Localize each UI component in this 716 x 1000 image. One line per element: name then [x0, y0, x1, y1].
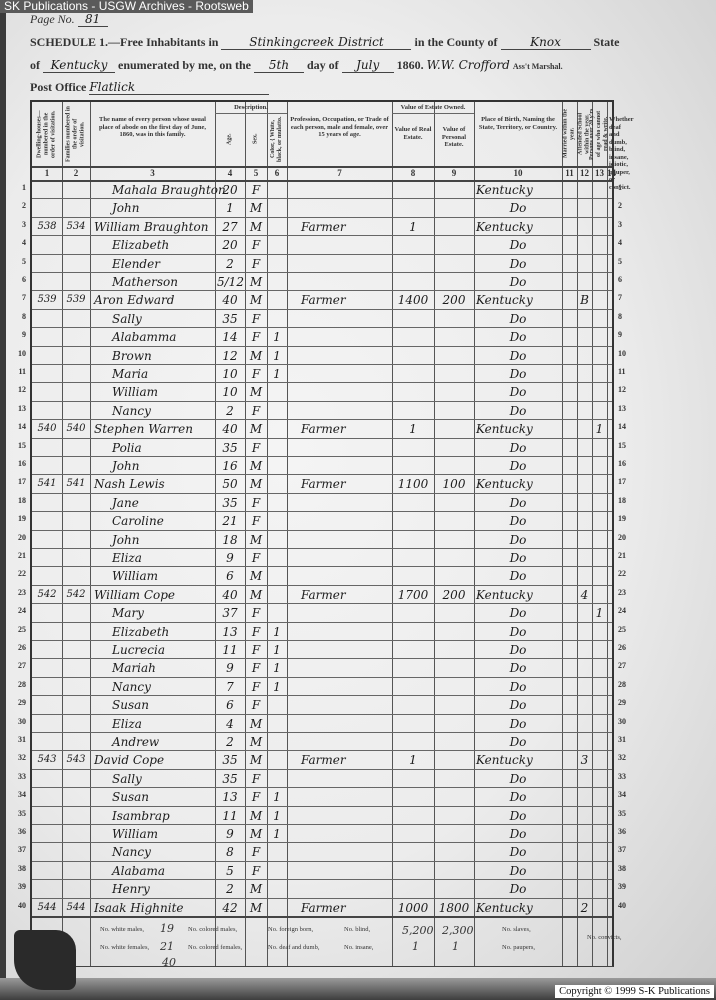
cell-birthplace: Do: [476, 385, 560, 399]
cell-age: 14: [217, 330, 243, 344]
cell-color: 1: [269, 349, 285, 363]
row-number-left: 37: [4, 845, 26, 854]
white-females-count: 21: [160, 940, 174, 953]
row-number-right: 23: [618, 588, 626, 597]
cell-sex: M: [247, 349, 265, 363]
state-label: State: [594, 35, 620, 49]
cell-birthplace: Do: [476, 643, 560, 657]
cell-age: 8: [217, 845, 243, 859]
row-rule: [32, 548, 612, 549]
row-number-left: 21: [4, 551, 26, 560]
row-number-right: 15: [618, 441, 626, 450]
cell-personal: 200: [436, 588, 472, 602]
cell-real: 1: [394, 753, 432, 767]
cell-dwelling: 538: [34, 220, 60, 234]
cell-birthplace: Do: [476, 514, 560, 528]
row-number-right: 29: [618, 698, 626, 707]
cell-name: Stephen Warren: [92, 422, 215, 436]
cell-family: 544: [64, 901, 88, 915]
cell-birthplace: Do: [476, 864, 560, 878]
cell-school: 4: [579, 588, 590, 602]
row-number-left: 5: [4, 257, 26, 266]
cell-name: Alabama: [92, 864, 233, 878]
cell-birthplace: Do: [476, 459, 560, 473]
column-header-14: Whether deaf and dumb, blind, insane, id…: [609, 106, 610, 162]
cell-name: Sally: [92, 772, 233, 786]
cell-name: Andrew: [92, 735, 233, 749]
page-label: Page No.: [30, 12, 75, 26]
column-divider: [592, 102, 593, 966]
column-header-13: Persons over 20 y'rs of age who cannot r…: [594, 106, 605, 162]
cell-age: 2: [217, 735, 243, 749]
row-rule: [32, 235, 612, 236]
cell-age: 35: [217, 441, 243, 455]
day-of-label: day of: [307, 58, 339, 72]
column-header-9: Value of Personal Estate.: [436, 116, 472, 162]
cell-name: William Braughton: [92, 220, 215, 234]
column-header-3: The name of every person whose usual pla…: [92, 106, 213, 162]
row-number-left: 14: [4, 422, 26, 431]
cell-color: 1: [269, 643, 285, 657]
cell-color: 1: [269, 330, 285, 344]
cell-birthplace: Do: [476, 772, 560, 786]
column-number-9: 9: [434, 168, 474, 178]
row-number-left: 7: [4, 293, 26, 302]
cell-birthplace: Do: [476, 257, 560, 271]
paupers-label: No. paupers,: [502, 944, 535, 951]
row-rule: [32, 438, 612, 439]
cell-birthplace: Kentucky: [476, 422, 560, 436]
column-number-11: 11: [562, 168, 577, 178]
cell-birthplace: Do: [476, 367, 560, 381]
cell-sex: M: [247, 201, 265, 215]
cell-birthplace: Do: [476, 827, 560, 841]
row-number-right: 10: [618, 349, 626, 358]
row-number-left: 3: [4, 220, 26, 229]
blind-label: No. blind,: [344, 926, 370, 933]
cell-sex: F: [247, 661, 265, 675]
cell-birthplace: Kentucky: [476, 477, 560, 491]
row-number-right: 19: [618, 514, 626, 523]
cell-sex: M: [247, 533, 265, 547]
cell-name: Matherson: [92, 275, 233, 289]
column-number-1: 1: [32, 168, 62, 178]
row-rule: [32, 198, 612, 199]
column-header-2: Families numbered in the order of visita…: [64, 106, 88, 162]
cell-occupation: Farmer: [289, 422, 402, 436]
enumeration-line: of Kentucky enumerated by me, on the 5th…: [30, 58, 563, 73]
cell-name: Polia: [92, 441, 233, 455]
column-divider: [474, 102, 475, 966]
cell-sex: M: [247, 735, 265, 749]
cell-name: Isaak Highnite: [92, 901, 215, 915]
cell-name: Mahala Braughton: [92, 183, 233, 197]
row-rule: [32, 401, 612, 402]
cell-sex: M: [247, 275, 265, 289]
cell-color: 1: [269, 680, 285, 694]
cell-birthplace: Do: [476, 201, 560, 215]
cell-age: 2: [217, 882, 243, 896]
cell-birthplace: Kentucky: [476, 901, 560, 915]
schedule-label: SCHEDULE 1.—Free Inhabitants in: [30, 35, 218, 49]
cell-sex: F: [247, 312, 265, 326]
row-number-right: 39: [618, 882, 626, 891]
cell-age: 37: [217, 606, 243, 620]
row-rule: [32, 217, 612, 218]
cell-dwelling: 544: [34, 901, 60, 915]
row-number-left: 24: [4, 606, 26, 615]
cell-birthplace: Do: [476, 533, 560, 547]
cell-real: 1: [394, 220, 432, 234]
cell-sex: F: [247, 643, 265, 657]
cell-name: Elizabeth: [92, 238, 233, 252]
cell-birthplace: Do: [476, 312, 560, 326]
cell-name: Lucrecia: [92, 643, 233, 657]
cell-age: 35: [217, 772, 243, 786]
cell-name: Jane: [92, 496, 233, 510]
cell-name: Nancy: [92, 404, 233, 418]
cell-birthplace: Kentucky: [476, 183, 560, 197]
white-males-count: 19: [160, 922, 174, 935]
row-rule: [32, 640, 612, 641]
cell-name: Eliza: [92, 551, 233, 565]
cell-sex: F: [247, 551, 265, 565]
column-number-13: 13: [592, 168, 607, 178]
row-rule: [32, 658, 612, 659]
row-number-left: 15: [4, 441, 26, 450]
row-rule: [32, 456, 612, 457]
description-group-header: Description.: [215, 104, 287, 112]
row-number-right: 21: [618, 551, 626, 560]
cell-sex: F: [247, 367, 265, 381]
row-rule: [32, 603, 612, 604]
cell-color: 1: [269, 661, 285, 675]
cell-school: B: [579, 293, 590, 307]
enumerated-label: enumerated by me, on the: [118, 58, 251, 72]
row-rule: [32, 364, 612, 365]
row-number-left: 17: [4, 477, 26, 486]
cell-name: Alabamma: [92, 330, 233, 344]
cell-age: 6: [217, 569, 243, 583]
row-number-right: 1: [618, 183, 622, 192]
row-number-right: 20: [618, 533, 626, 542]
row-number-left: 28: [4, 680, 26, 689]
cell-age: 7: [217, 680, 243, 694]
column-number-12: 12: [577, 168, 592, 178]
row-number-right: 34: [618, 790, 626, 799]
row-number-left: 9: [4, 330, 26, 339]
cell-sex: F: [247, 404, 265, 418]
row-rule: [32, 732, 612, 733]
row-number-left: 16: [4, 459, 26, 468]
cell-sex: F: [247, 625, 265, 639]
cell-illiterate: 1: [594, 422, 605, 436]
cell-birthplace: Do: [476, 551, 560, 565]
row-number-right: 35: [618, 809, 626, 818]
cell-name: William: [92, 385, 233, 399]
row-number-left: 27: [4, 661, 26, 670]
row-number-left: 34: [4, 790, 26, 799]
cell-occupation: Farmer: [289, 293, 402, 307]
row-number-right: 3: [618, 220, 622, 229]
column-number-7: 7: [287, 168, 392, 178]
page-number-line: Page No. 81: [30, 12, 108, 27]
cell-age: 42: [217, 901, 243, 915]
row-rule: [32, 861, 612, 862]
census-table: Description.Value of Estate Owned.Dwelli…: [30, 100, 614, 967]
row-rule: [32, 750, 612, 751]
cell-sex: F: [247, 698, 265, 712]
cell-sex: M: [247, 809, 265, 823]
row-number-right: 28: [618, 680, 626, 689]
county-label: in the County of: [414, 35, 497, 49]
cell-sex: M: [247, 901, 265, 915]
cell-birthplace: Kentucky: [476, 588, 560, 602]
cell-birthplace: Do: [476, 625, 560, 639]
schedule-line: SCHEDULE 1.—Free Inhabitants in Stinking…: [30, 35, 620, 50]
cell-age: 35: [217, 753, 243, 767]
cell-sex: M: [247, 882, 265, 896]
cell-birthplace: Do: [476, 330, 560, 344]
row-rule: [32, 824, 612, 825]
row-number-left: 1: [4, 183, 26, 192]
column-divider: [62, 102, 63, 966]
row-number-right: 4: [618, 238, 622, 247]
cell-age: 20: [217, 238, 243, 252]
cell-birthplace: Do: [476, 441, 560, 455]
post-office-line: Post Office Flatlick: [30, 80, 269, 95]
column-header-5: Sex.: [247, 116, 265, 162]
row-number-left: 18: [4, 496, 26, 505]
deaf-dumb-label: No. deaf and dumb,: [268, 944, 319, 951]
cell-name: Aron Edward: [92, 293, 215, 307]
column-header-4: Age.: [217, 116, 243, 162]
row-rule: [32, 622, 612, 623]
row-number-right: 27: [618, 661, 626, 670]
row-number-right: 13: [618, 404, 626, 413]
row-number-right: 36: [618, 827, 626, 836]
post-office-field: Flatlick: [89, 80, 269, 95]
copyright-notice: Copyright © 1999 S-K Publications: [555, 985, 714, 998]
cell-age: 11: [217, 643, 243, 657]
cell-birthplace: Do: [476, 717, 560, 731]
cell-name: Brown: [92, 349, 233, 363]
cell-sex: F: [247, 496, 265, 510]
summary-rule: [32, 916, 612, 918]
column-header-10: Place of Birth, Naming the State, Territ…: [476, 106, 560, 162]
row-number-left: 35: [4, 809, 26, 818]
cell-name: John: [92, 533, 233, 547]
cell-age: 21: [217, 514, 243, 528]
cell-birthplace: Kentucky: [476, 753, 560, 767]
row-number-left: 13: [4, 404, 26, 413]
row-number-right: 7: [618, 293, 622, 302]
day-field: 5th: [254, 58, 304, 73]
row-number-right: 37: [618, 845, 626, 854]
row-rule: [32, 806, 612, 807]
row-number-left: 4: [4, 238, 26, 247]
column-number-5: 5: [245, 168, 267, 178]
cell-occupation: Farmer: [289, 901, 402, 915]
cell-age: 2: [217, 257, 243, 271]
cell-family: 542: [64, 588, 88, 602]
cell-age: 40: [217, 293, 243, 307]
row-number-right: 12: [618, 385, 626, 394]
colored-males-label: No. colored males,: [188, 926, 237, 933]
cell-age: 13: [217, 625, 243, 639]
column-number-2: 2: [62, 168, 90, 178]
cell-family: 539: [64, 293, 88, 307]
cell-name: Henry: [92, 882, 233, 896]
row-number-left: 33: [4, 772, 26, 781]
row-number-right: 5: [618, 257, 622, 266]
row-number-right: 17: [618, 477, 626, 486]
row-number-right: 30: [618, 717, 626, 726]
cell-birthplace: Do: [476, 735, 560, 749]
cell-birthplace: Do: [476, 680, 560, 694]
cell-sex: F: [247, 183, 265, 197]
cell-school: 3: [579, 753, 590, 767]
year: 1860.: [397, 58, 424, 72]
row-number-right: 33: [618, 772, 626, 781]
cell-age: 10: [217, 367, 243, 381]
cell-age: 9: [217, 551, 243, 565]
cell-real: 1400: [394, 293, 432, 307]
row-rule: [32, 842, 612, 843]
row-rule: [32, 787, 612, 788]
cell-name: Nancy: [92, 845, 233, 859]
row-number-right: 24: [618, 606, 626, 615]
state-field: Kentucky: [43, 58, 115, 73]
cell-real: 1000: [394, 901, 432, 915]
row-number-left: 38: [4, 864, 26, 873]
row-number-right: 9: [618, 330, 622, 339]
row-number-right: 8: [618, 312, 622, 321]
month-field: July: [342, 58, 394, 73]
column-header-11: Married within the year.: [564, 106, 575, 162]
cell-name: David Cope: [92, 753, 215, 767]
cell-birthplace: Do: [476, 845, 560, 859]
cell-age: 9: [217, 661, 243, 675]
row-number-right: 14: [618, 422, 626, 431]
row-number-right: 38: [618, 864, 626, 873]
cell-age: 1: [217, 201, 243, 215]
cell-age: 12: [217, 349, 243, 363]
cell-birthplace: Do: [476, 404, 560, 418]
row-number-left: 29: [4, 698, 26, 707]
cell-birthplace: Do: [476, 496, 560, 510]
cell-sex: M: [247, 459, 265, 473]
cell-sex: M: [247, 827, 265, 841]
row-number-right: 25: [618, 625, 626, 634]
cell-sex: F: [247, 257, 265, 271]
cell-birthplace: Do: [476, 238, 560, 252]
row-number-left: 11: [4, 367, 26, 376]
cell-name: Maria: [92, 367, 233, 381]
cell-name: Sally: [92, 312, 233, 326]
row-number-left: 36: [4, 827, 26, 836]
row-number-right: 26: [618, 643, 626, 652]
row-number-left: 39: [4, 882, 26, 891]
total-count: 40: [162, 956, 176, 969]
cell-name: Mary: [92, 606, 233, 620]
cell-birthplace: Do: [476, 809, 560, 823]
row-rule: [32, 695, 612, 696]
row-number-left: 20: [4, 533, 26, 542]
column-number-10: 10: [474, 168, 562, 178]
cell-birthplace: Do: [476, 569, 560, 583]
cell-dwelling: 542: [34, 588, 60, 602]
column-divider: [607, 102, 608, 966]
cell-dwelling: 539: [34, 293, 60, 307]
column-divider: [577, 102, 578, 966]
cell-age: 50: [217, 477, 243, 491]
cell-sex: F: [247, 680, 265, 694]
row-rule: [32, 769, 612, 770]
paper-damage: [14, 930, 76, 990]
row-number-left: 2: [4, 201, 26, 210]
group-rule: [392, 113, 474, 114]
white-females-label: No. white females,: [100, 944, 149, 951]
cell-age: 27: [217, 220, 243, 234]
row-number-right: 2: [618, 201, 622, 210]
cell-birthplace: Do: [476, 661, 560, 675]
row-number-right: 11: [618, 367, 626, 376]
cell-sex: F: [247, 606, 265, 620]
cell-name: Isambrap: [92, 809, 233, 823]
cell-name: John: [92, 459, 233, 473]
cell-age: 35: [217, 496, 243, 510]
column-number-3: 3: [90, 168, 215, 178]
cell-name: John: [92, 201, 233, 215]
row-number-left: 32: [4, 753, 26, 762]
cell-age: 40: [217, 588, 243, 602]
cell-birthplace: Kentucky: [476, 293, 560, 307]
cell-age: 10: [217, 385, 243, 399]
cell-real: 1100: [394, 477, 432, 491]
cell-age: 6: [217, 698, 243, 712]
cell-sex: F: [247, 772, 265, 786]
cell-occupation: Farmer: [289, 588, 402, 602]
cell-birthplace: Do: [476, 882, 560, 896]
header-rule: [32, 180, 612, 182]
row-number-left: 31: [4, 735, 26, 744]
personal-estate-total-sub: 1: [452, 940, 459, 953]
row-number-right: 18: [618, 496, 626, 505]
cell-dwelling: 543: [34, 753, 60, 767]
cell-occupation: Farmer: [289, 220, 402, 234]
row-rule: [32, 474, 612, 475]
row-rule: [32, 382, 612, 383]
cell-family: 534: [64, 220, 88, 234]
cell-color: 1: [269, 809, 285, 823]
cell-family: 543: [64, 753, 88, 767]
row-number-left: 30: [4, 717, 26, 726]
white-males-label: No. white males,: [100, 926, 144, 933]
row-rule: [32, 272, 612, 273]
column-divider: [287, 102, 288, 966]
cell-name: Susan: [92, 790, 233, 804]
cell-name: William Cope: [92, 588, 215, 602]
district-field: Stinkingcreek District: [221, 35, 411, 50]
page-number: 81: [78, 12, 108, 27]
cell-sex: M: [247, 477, 265, 491]
cell-sex: M: [247, 220, 265, 234]
cell-sex: M: [247, 385, 265, 399]
row-number-left: 40: [4, 901, 26, 910]
row-number-left: 23: [4, 588, 26, 597]
column-divider: [90, 102, 91, 966]
